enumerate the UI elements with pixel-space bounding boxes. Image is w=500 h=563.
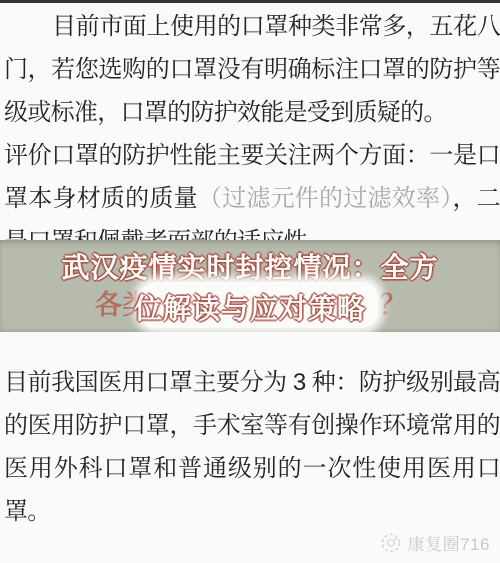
top-edge-divider [0, 0, 500, 3]
watermark-logo-icon [380, 532, 402, 554]
overlay-title-line1: 武汉疫情实时封控情况：全方 [0, 246, 500, 286]
intro-paragraph: 目前市面上使用的口罩种类非常多，五花八门，若您选购的口罩没有明确标注口罩的防护等… [4, 5, 500, 134]
article-body-top: 目前市面上使用的口罩种类非常多，五花八门，若您选购的口罩没有明确标注口罩的防护等… [4, 5, 500, 263]
watermark-label: 康复圈716 [408, 530, 490, 555]
overlay-title-line2: 位解读与应对策略 [0, 287, 500, 327]
article-body-bottom: 目前我国医用口罩主要分为 3 种：防护级别最高的医用防护口罩，手术室等有创操作环… [4, 361, 500, 533]
mask-types-paragraph: 目前我国医用口罩主要分为 3 种：防护级别最高的医用防护口罩，手术室等有创操作环… [4, 361, 500, 533]
article-image-page: 目前市面上使用的口罩种类非常多，五花八门，若您选购的口罩没有明确标注口罩的防护等… [0, 0, 500, 563]
evaluation-gray-note: （过滤元件的过滤效率） [198, 185, 453, 212]
watermark: 康复圈716 [380, 530, 490, 555]
